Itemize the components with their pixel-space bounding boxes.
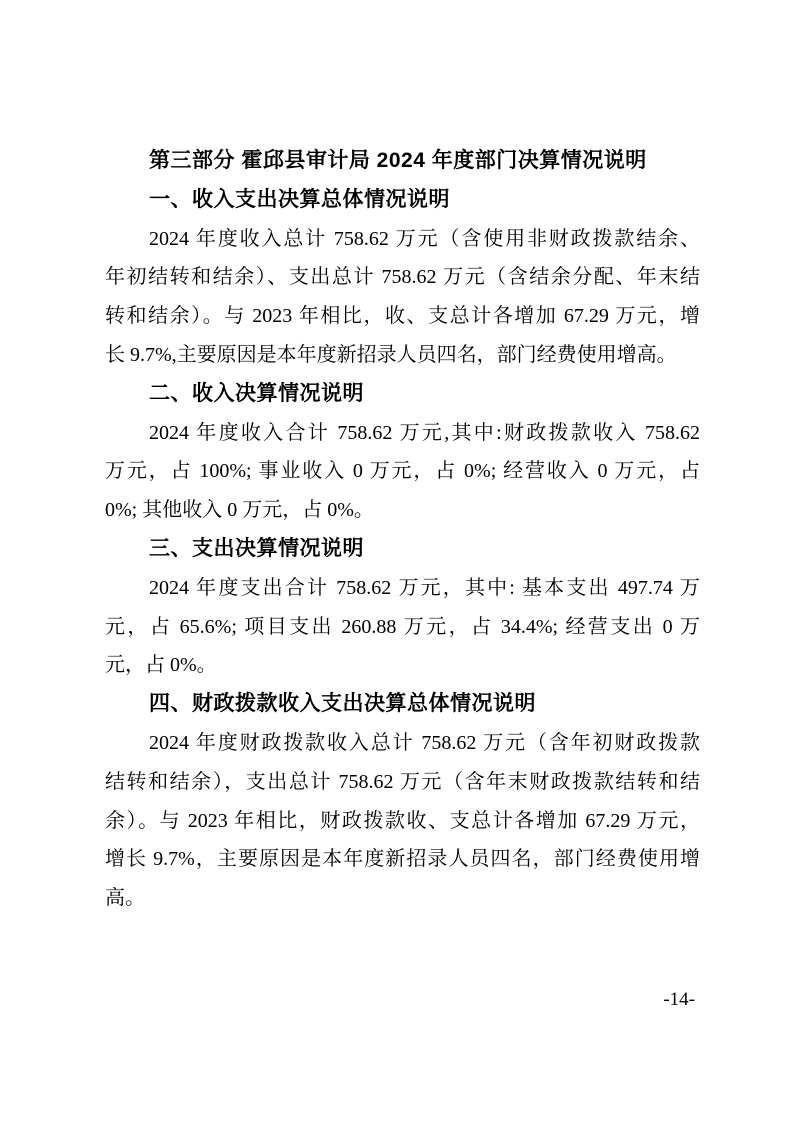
document-body: 第三部分 霍邱县审计局 2024 年度部门决算情况说明 一、收入支出决算总体情况… bbox=[105, 142, 700, 918]
paragraph-line: 增长 9.7%，主要原因是本年度新招录人员四名，部门经费使用增 bbox=[105, 840, 700, 879]
paragraph-line: 转和结余）。与 2023 年相比，收、支总计各增加 67.29 万元，增 bbox=[105, 297, 700, 336]
section-heading-3: 三、支出决算情况说明 bbox=[105, 530, 700, 569]
paragraph-line: 元，占 0%。 bbox=[105, 646, 700, 685]
paragraph-line: 元，占 65.6%; 项目支出 260.88 万元，占 34.4%; 经营支出 … bbox=[105, 608, 700, 647]
paragraph-line: 余）。与 2023 年相比，财政拨款收、支总计各增加 67.29 万元， bbox=[105, 802, 700, 841]
paragraph-line: 结转和结余），支出总计 758.62 万元（含年末财政拨款结转和结 bbox=[105, 763, 700, 802]
page-number: -14- bbox=[663, 988, 695, 1012]
paragraph-line: 万元，占 100%; 事业收入 0 万元，占 0%; 经营收入 0 万元，占 bbox=[105, 452, 700, 491]
paragraph-line: 长 9.7%,主要原因是本年度新招录人员四名，部门经费使用增高。 bbox=[105, 336, 700, 375]
part-title: 第三部分 霍邱县审计局 2024 年度部门决算情况说明 bbox=[105, 142, 700, 181]
paragraph-line: 高。 bbox=[105, 879, 700, 918]
document-page: 第三部分 霍邱县审计局 2024 年度部门决算情况说明 一、收入支出决算总体情况… bbox=[0, 0, 793, 1122]
paragraph-line: 2024 年度财政拨款收入总计 758.62 万元（含年初财政拨款 bbox=[105, 724, 700, 763]
section-heading-4: 四、财政拨款收入支出决算总体情况说明 bbox=[105, 685, 700, 724]
paragraph-line: 2024 年度收入总计 758.62 万元（含使用非财政拨款结余、 bbox=[105, 220, 700, 259]
paragraph-line: 0%; 其他收入 0 万元，占 0%。 bbox=[105, 491, 700, 530]
section-heading-2: 二、收入决算情况说明 bbox=[105, 375, 700, 414]
section-heading-1: 一、收入支出决算总体情况说明 bbox=[105, 181, 700, 220]
paragraph-line: 2024 年度支出合计 758.62 万元，其中: 基本支出 497.74 万 bbox=[105, 569, 700, 608]
paragraph-line: 年初结转和结余）、支出总计 758.62 万元（含结余分配、年末结 bbox=[105, 258, 700, 297]
paragraph-line: 2024 年度收入合计 758.62 万元,其中:财政拨款收入 758.62 bbox=[105, 414, 700, 453]
